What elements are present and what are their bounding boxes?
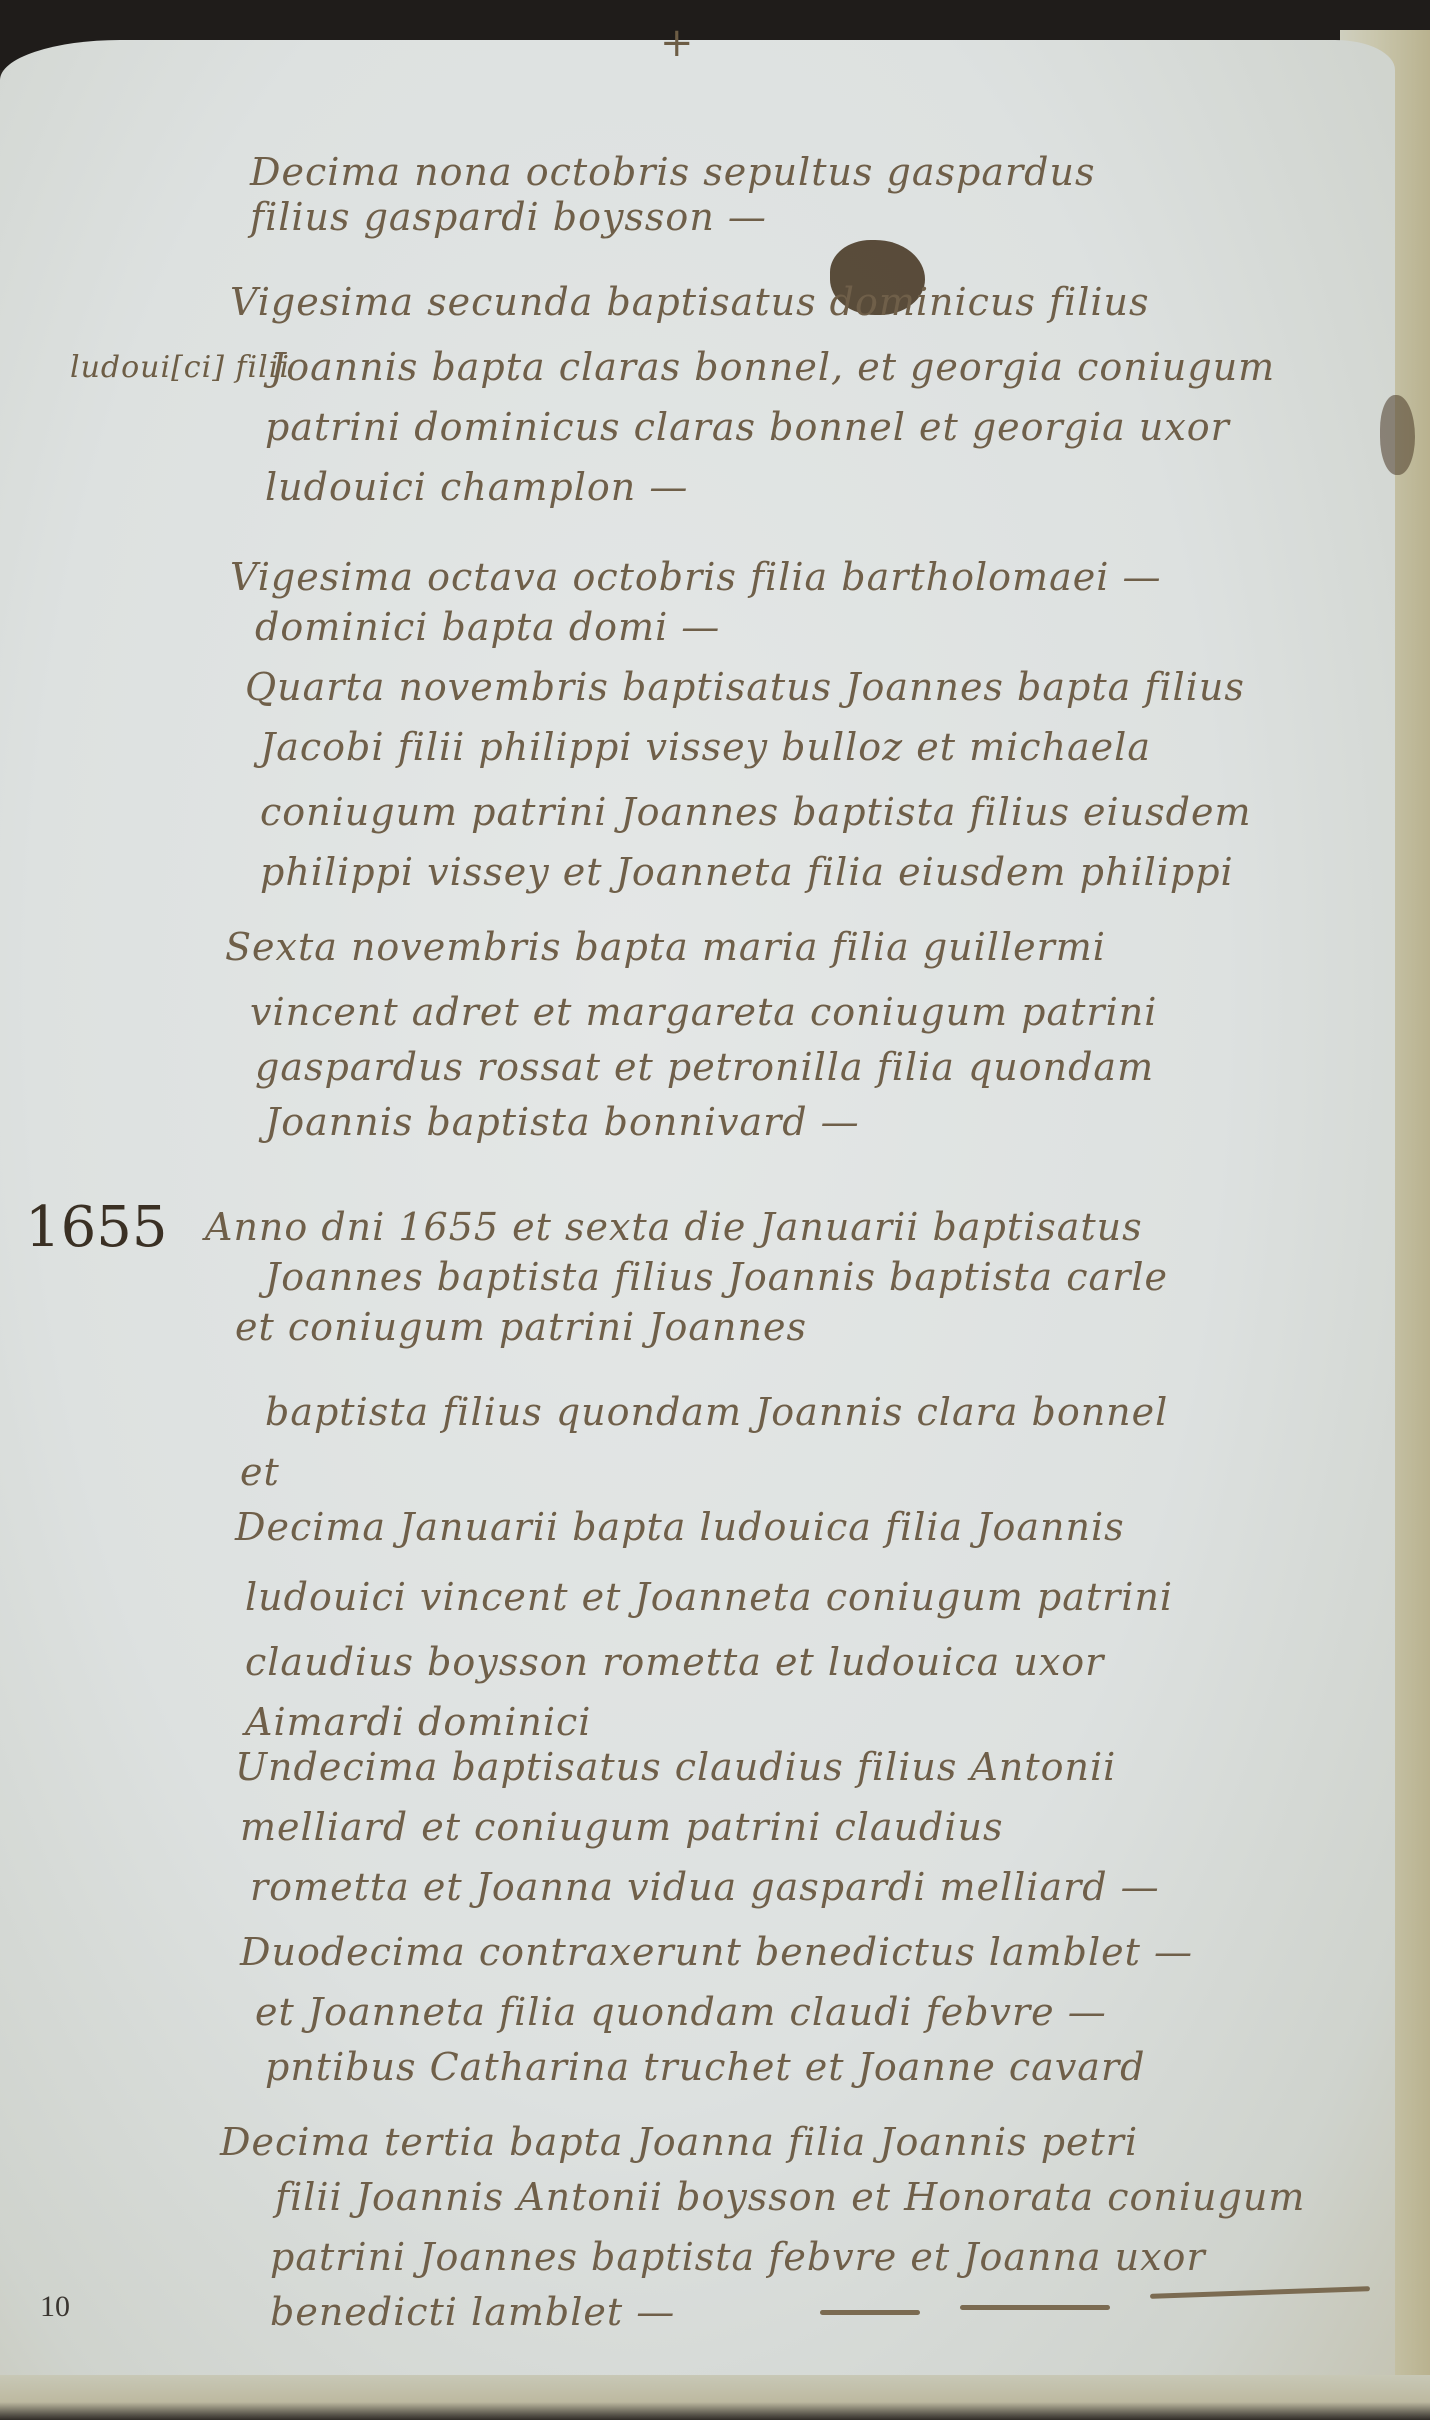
margin-year: 1655	[25, 1195, 168, 1260]
entry-line: ludouici vincent et Joanneta coniugum pa…	[245, 1575, 1173, 1619]
entry-line: Decima tertia bapta Joanna filia Joannis…	[220, 2120, 1138, 2164]
entry-line: Aimardi dominici	[245, 1700, 591, 1744]
entry-line: claudius boysson rometta et ludouica uxo…	[245, 1640, 1104, 1684]
entry-line: filii Joannis Antonii boysson et Honorat…	[275, 2175, 1305, 2219]
entry-line: Vigesima secunda baptisatus dominicus fi…	[230, 280, 1150, 324]
entry-line: Joannes baptista filius Joannis baptista…	[265, 1255, 1168, 1299]
entry-line: gaspardus rossat et petronilla filia quo…	[255, 1045, 1154, 1089]
entry-line: Anno dni 1655 et sexta die Januarii bapt…	[205, 1205, 1143, 1249]
top-mark: +	[660, 20, 694, 66]
entry-line: philippi vissey et Joanneta filia eiusde…	[260, 850, 1234, 894]
entry-line: baptista filius quondam Joannis clara bo…	[265, 1390, 1168, 1434]
entry-line: dominici bapta domi —	[255, 605, 720, 649]
entry-line: et	[240, 1450, 280, 1494]
entry-line: Decima nona octobris sepultus gaspardus	[250, 150, 1095, 194]
folio-number: 10	[40, 2290, 70, 2324]
entry-line: ludouici champlon —	[265, 465, 688, 509]
entry-line: patrini dominicus claras bonnel et georg…	[265, 405, 1230, 449]
entry-line: Joannis baptista bonnivard —	[265, 1100, 860, 1144]
entry-line: Vigesima octava octobris filia bartholom…	[230, 555, 1161, 599]
entry-line: Quarta novembris baptisatus Joannes bapt…	[245, 665, 1245, 709]
entry-line: pntibus Catharina truchet et Joanne cava…	[265, 2045, 1145, 2089]
stain	[1380, 395, 1415, 475]
entry-line: et Joanneta filia quondam claudi febvre …	[255, 1990, 1107, 2034]
entry-line: Duodecima contraxerunt benedictus lamble…	[240, 1930, 1193, 1974]
line-filler-dash	[820, 2310, 920, 2315]
entry-line: Jacobi filii philippi vissey bulloz et m…	[260, 725, 1151, 769]
page-bottom-edge	[0, 2375, 1430, 2420]
entry-line: et coniugum patrini Joannes	[235, 1305, 807, 1349]
line-filler-dash	[960, 2305, 1110, 2310]
entry-line: Joannis bapta claras bonnel, et georgia …	[270, 345, 1275, 389]
margin-note: ludoui[ci] filii	[70, 350, 290, 385]
entry-line: Undecima baptisatus claudius filius Anto…	[235, 1745, 1116, 1789]
entry-line: filius gaspardi boysson —	[250, 195, 767, 239]
entry-line: patrini Joannes baptista febvre et Joann…	[270, 2235, 1206, 2279]
entry-line: vincent adret et margareta coniugum patr…	[250, 990, 1157, 1034]
entry-line: Decima Januarii bapta ludouica filia Joa…	[235, 1505, 1125, 1549]
entry-line: Sexta novembris bapta maria filia guille…	[225, 925, 1106, 969]
entry-line: rometta et Joanna vidua gaspardi melliar…	[250, 1865, 1160, 1909]
entry-line: melliard et coniugum patrini claudius	[240, 1805, 1004, 1849]
entry-line: benedicti lamblet —	[270, 2290, 675, 2334]
entry-line: coniugum patrini Joannes baptista filius…	[260, 790, 1252, 834]
